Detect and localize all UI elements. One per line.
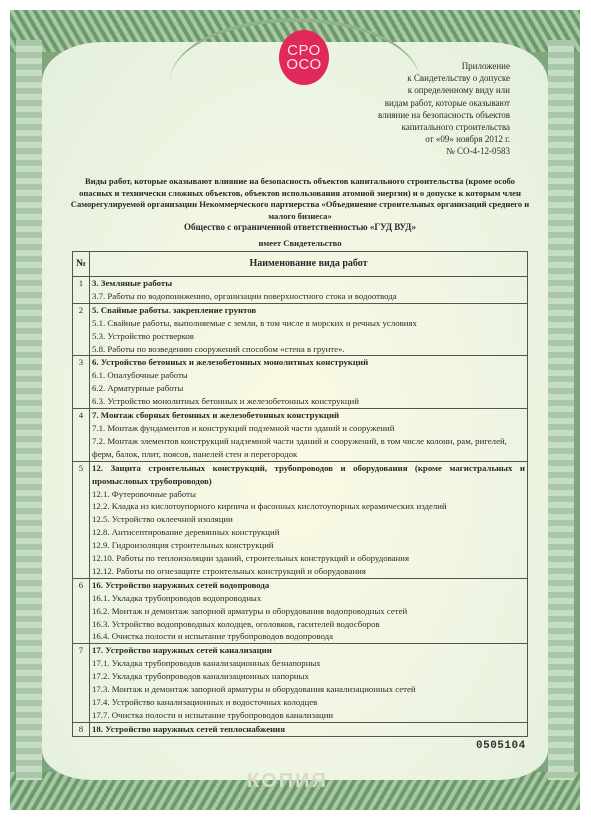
row-number: 8 bbox=[73, 722, 90, 736]
row-number: 5 bbox=[73, 461, 90, 578]
has-certificate-label: имеет Свидетельство bbox=[70, 238, 530, 248]
work-item: 17.3. Монтаж и демонтаж запорной арматур… bbox=[92, 683, 525, 696]
row-number: 4 bbox=[73, 409, 90, 462]
appendix-line: видам работ, которые оказывают bbox=[270, 97, 510, 109]
row-number: 7 bbox=[73, 644, 90, 722]
table-row: 25. Свайные работы. закрепление грунтов5… bbox=[73, 303, 528, 356]
work-type-cell: 12. Защита строительных конструкций, тру… bbox=[90, 461, 528, 578]
work-item: 16.1. Укладка трубопроводов водопроводны… bbox=[92, 592, 525, 605]
work-section-title: 7. Монтаж сборных бетонных и железобетон… bbox=[92, 409, 525, 422]
work-section-title: 3. Земляные работы bbox=[92, 277, 525, 290]
row-number: 3 bbox=[73, 356, 90, 409]
work-type-cell: 6. Устройство бетонных и железобетонных … bbox=[90, 356, 528, 409]
work-section-title: 16. Устройство наружных сетей водопровод… bbox=[92, 579, 525, 592]
appendix-note: Приложениек Свидетельству о допускек опр… bbox=[270, 60, 510, 158]
work-item: 17.2. Укладка трубопроводов канализацион… bbox=[92, 670, 525, 683]
column-header-number: № bbox=[73, 252, 90, 277]
document-title: Виды работ, которые оказывают влияние на… bbox=[70, 176, 530, 222]
work-type-cell: 3. Земляные работы3.7. Работы по водопон… bbox=[90, 277, 528, 304]
work-item: 6.2. Арматурные работы bbox=[92, 382, 525, 395]
table-header-row: № Наименование вида работ bbox=[73, 252, 528, 277]
serial-number: 0505104 bbox=[476, 740, 526, 752]
appendix-line: от «09» ноября 2012 г. bbox=[270, 133, 510, 145]
appendix-line: влияние на безопасность объектов bbox=[270, 109, 510, 121]
work-type-cell: 16. Устройство наружных сетей водопровод… bbox=[90, 578, 528, 644]
work-item: 17.7. Очистка полости и испытание трубоп… bbox=[92, 709, 525, 722]
work-item: 17.4. Устройство канализационных и водос… bbox=[92, 696, 525, 709]
ornamental-border-right bbox=[548, 40, 574, 780]
work-item: 16.2. Монтаж и демонтаж запорной арматур… bbox=[92, 605, 525, 618]
work-item: 16.4. Очистка полости и испытание трубоп… bbox=[92, 630, 525, 643]
work-section-title: 12. Защита строительных конструкций, тру… bbox=[92, 462, 525, 488]
work-item: 3.7. Работы по водопонижению, организаци… bbox=[92, 290, 525, 303]
work-type-cell: 17. Устройство наружных сетей канализаци… bbox=[90, 644, 528, 722]
work-item: 16.3. Устройство водопроводных колодцев,… bbox=[92, 618, 525, 631]
table-row: 512. Защита строительных конструкций, тр… bbox=[73, 461, 528, 578]
work-section-title: 6. Устройство бетонных и железобетонных … bbox=[92, 356, 525, 369]
work-type-cell: 5. Свайные работы. закрепление грунтов5.… bbox=[90, 303, 528, 356]
work-type-cell: 18. Устройство наружных сетей теплоснабж… bbox=[90, 722, 528, 736]
table-row: 13. Земляные работы3.7. Работы по водопо… bbox=[73, 277, 528, 304]
appendix-line: № СО-4-12-0583 bbox=[270, 145, 510, 157]
column-header-work-type: Наименование вида работ bbox=[90, 252, 528, 277]
row-number: 2 bbox=[73, 303, 90, 356]
table-row: 818. Устройство наружных сетей теплоснаб… bbox=[73, 722, 528, 736]
work-item: 12.2. Кладка из кислотоупорного кирпича … bbox=[92, 500, 525, 513]
ornamental-border-left bbox=[16, 40, 42, 780]
work-item: 12.12. Работы по огнезащите строительных… bbox=[92, 565, 525, 578]
work-item: 12.8. Антисептирование деревянных констр… bbox=[92, 526, 525, 539]
appendix-line: к Свидетельству о допуске bbox=[270, 72, 510, 84]
work-item: 12.5. Устройство оклеечной изоляции bbox=[92, 513, 525, 526]
row-number: 6 bbox=[73, 578, 90, 644]
work-types-table: № Наименование вида работ 13. Земляные р… bbox=[72, 251, 528, 737]
work-item: 7.1. Монтаж фундаментов и конструкций по… bbox=[92, 422, 525, 435]
work-item: 17.1. Укладка трубопроводов канализацион… bbox=[92, 657, 525, 670]
work-item: 5.3. Устройство ростверков bbox=[92, 330, 525, 343]
table-row: 47. Монтаж сборных бетонных и железобето… bbox=[73, 409, 528, 462]
work-item: 12.9. Гидроизоляция строительных констру… bbox=[92, 539, 525, 552]
work-item: 12.10. Работы по теплоизоляции зданий, с… bbox=[92, 552, 525, 565]
appendix-line: капитального строительства bbox=[270, 121, 510, 133]
appendix-line: к определенному виду или bbox=[270, 84, 510, 96]
work-item: 6.1. Опалубочные работы bbox=[92, 369, 525, 382]
work-item: 12.1. Футеровочные работы bbox=[92, 488, 525, 501]
work-type-cell: 7. Монтаж сборных бетонных и железобетон… bbox=[90, 409, 528, 462]
table-row: 36. Устройство бетонных и железобетонных… bbox=[73, 356, 528, 409]
work-item: 7.2. Монтаж элементов конструкций надзем… bbox=[92, 435, 525, 461]
work-item: 6.3. Устройство монолитных бетонных и же… bbox=[92, 395, 525, 408]
appendix-line: Приложение bbox=[270, 60, 510, 72]
row-number: 1 bbox=[73, 277, 90, 304]
work-section-title: 18. Устройство наружных сетей теплоснабж… bbox=[92, 723, 525, 736]
work-item: 5.1. Свайные работы, выполняемые с земли… bbox=[92, 317, 525, 330]
copy-watermark: КОПИЯ bbox=[247, 770, 328, 793]
work-section-title: 17. Устройство наружных сетей канализаци… bbox=[92, 644, 525, 657]
table-row: 616. Устройство наружных сетей водопрово… bbox=[73, 578, 528, 644]
table-row: 717. Устройство наружных сетей канализац… bbox=[73, 644, 528, 722]
work-item: 5.8. Работы по возведению сооружений спо… bbox=[92, 343, 525, 356]
organization-name: Общество с ограниченной ответственностью… bbox=[70, 222, 530, 232]
work-section-title: 5. Свайные работы. закрепление грунтов bbox=[92, 304, 525, 317]
